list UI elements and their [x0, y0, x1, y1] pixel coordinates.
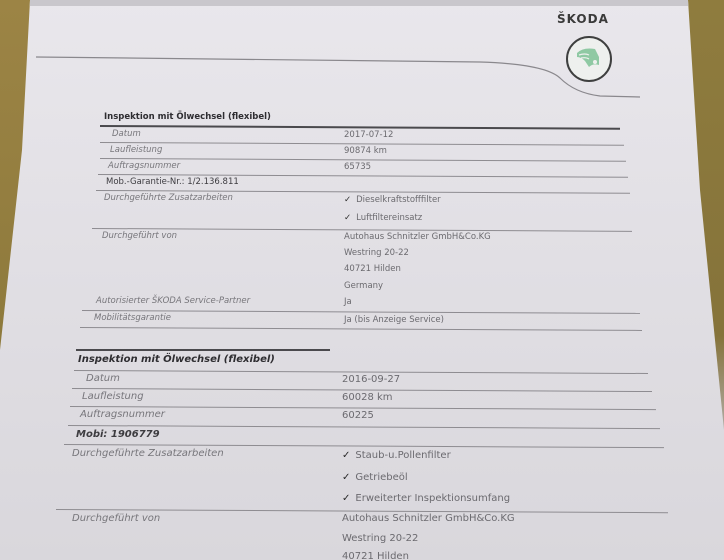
row-divider	[100, 125, 620, 130]
extra-work-label: Durchgeführte Zusatzarbeiten	[104, 193, 233, 203]
winged-arrow-icon	[573, 43, 605, 75]
field-value-mileage: 90874 km	[344, 146, 387, 156]
extra-work-item: ✓Staub-u.Pollenfilter	[342, 450, 451, 461]
field-value-mileage: 60028 km	[342, 392, 393, 403]
checkmark-icon: ✓	[344, 213, 351, 223]
performed-by-label: Durchgeführt von	[72, 513, 160, 524]
authorized-partner-value: Ja	[344, 297, 352, 307]
dealer-country: Germany	[344, 281, 383, 291]
mobility-guarantee-value: Ja (bis Anzeige Service)	[344, 315, 444, 325]
dealer-name: Autohaus Schnitzler GmbH&Co.KG	[344, 232, 491, 242]
section-top-rule	[76, 349, 330, 351]
field-value-date: 2017-07-12	[344, 130, 393, 140]
field-value-order-number: 60225	[342, 410, 374, 421]
mobility-number: Mobi: 1906779	[76, 429, 160, 440]
checkmark-icon: ✓	[342, 493, 350, 504]
field-label-date: Datum	[112, 129, 141, 139]
extra-work-label: Durchgeführte Zusatzarbeiten	[72, 448, 224, 459]
mobility-guarantee-label: Mobilitätsgarantie	[94, 313, 171, 323]
skoda-logo-icon	[566, 36, 612, 82]
row-divider	[80, 327, 642, 331]
extra-work-item: ✓Getriebeöl	[342, 472, 408, 483]
field-label-mileage: Laufleistung	[82, 391, 144, 402]
mobility-guarantee-number: Mob.-Garantie-Nr.: 1/2.136.811	[106, 177, 239, 187]
entry-title: Inspektion mit Ölwechsel (flexibel)	[78, 354, 275, 365]
dealer-street: Westring 20-22	[344, 248, 409, 258]
checkmark-icon: ✓	[342, 472, 350, 483]
service-booklet-page: ŠKODA Inspektion mit Ölwechsel (flexibel…	[0, 0, 724, 560]
field-label-mileage: Laufleistung	[110, 145, 162, 155]
entry-title: Inspektion mit Ölwechsel (flexibel)	[104, 112, 271, 122]
field-label-order-number: Auftragsnummer	[80, 409, 165, 420]
extra-work-item: ✓Luftfiltereinsatz	[344, 213, 422, 223]
checkmark-icon: ✓	[344, 195, 351, 205]
dealer-city: 40721 Hilden	[344, 264, 401, 274]
header-divider-curve	[0, 0, 724, 120]
field-label-date: Datum	[86, 373, 120, 384]
dealer-street: Westring 20-22	[342, 533, 418, 544]
checkmark-icon: ✓	[342, 450, 350, 461]
field-label-order-number: Auftragsnummer	[108, 161, 180, 171]
field-value-date: 2016-09-27	[342, 374, 400, 385]
dealer-name: Autohaus Schnitzler GmbH&Co.KG	[342, 513, 515, 524]
field-value-order-number: 65735	[344, 162, 371, 172]
extra-work-item: ✓Erweiterter Inspektionsumfang	[342, 493, 510, 504]
performed-by-label: Durchgeführt von	[102, 231, 177, 241]
dealer-city: 40721 Hilden	[342, 551, 409, 560]
authorized-partner-label: Autorisierter ŠKODA Service-Partner	[96, 296, 250, 306]
extra-work-item: ✓Dieselkraftstofffilter	[344, 195, 441, 205]
